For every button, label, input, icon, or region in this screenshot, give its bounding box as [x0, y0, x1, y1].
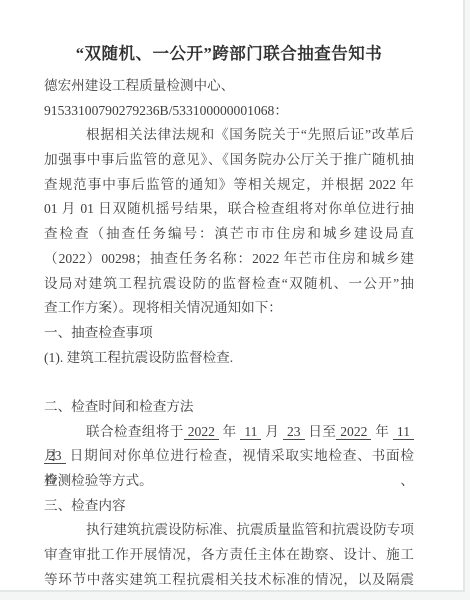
- text-segment: 年: [371, 424, 392, 439]
- underlined-value: 11: [240, 424, 261, 440]
- underlined-value: 23: [283, 424, 305, 440]
- document-body: 德宏州建设工程质量检测中心、91533100790279236B/5331000…: [44, 74, 414, 592]
- document-content: “双随机、一公开”跨部门联合抽查告知书 德宏州建设工程质量检测中心、915331…: [44, 0, 414, 592]
- underlined-value: 2022: [184, 424, 219, 440]
- text-segment: 月: [261, 424, 282, 439]
- text-line: (1). 建筑工程抗震设防监督检查.: [44, 346, 414, 371]
- section-heading: 一、抽查检查事项: [44, 321, 414, 346]
- text-line: 德宏州建设工程质量检测中心、: [44, 74, 414, 99]
- text-line: 加强事中事后监管的意见》、《国务院办公厅关于推广随机抽: [44, 148, 414, 173]
- text-line: 01 月 01 日双随机摇号结果，联合检查组将对你单位进行抽: [44, 197, 414, 222]
- text-line: 等环节中落实建筑工程抗震相关技术标准的情况，以及隔震: [44, 568, 414, 592]
- scan-background: { "page": { "background_color": "#f4f6f6…: [0, 0, 470, 600]
- blank-line: [44, 370, 414, 395]
- text-line: 91533100790279236B/533100000001068：: [44, 99, 414, 124]
- underlined-value: 2022: [336, 424, 371, 440]
- document-page: “双随机、一公开”跨部门联合抽查告知书 德宏州建设工程质量检测中心、915331…: [0, 0, 465, 592]
- text-line: 执行建筑抗震设防标准、抗震质量监管和抗震设防专项: [44, 518, 414, 543]
- underlined-value: 23: [44, 448, 66, 464]
- text-line: 查工作方案）。现将相关情况通知如下：: [44, 296, 414, 321]
- text-line: 联合检查组将于2022 年 11 月 23 日至2022 年 11 月: [44, 420, 414, 445]
- text-line: 查规范事中事后监管的通知》等相关规定，并根据 2022 年: [44, 173, 414, 198]
- section-heading: 二、检查时间和检查方法: [44, 395, 414, 420]
- text-line: （2022）00298；抽查任务名称：2022 年芒市住房和城乡建: [44, 247, 414, 272]
- underlined-value: 11: [393, 424, 414, 440]
- text-line: 设局对建筑工程抗震设防的监督检查“双随机、一公开”抽: [44, 272, 414, 297]
- text-line: 审查审批工作开展情况，各方责任主体在勘察、设计、施工: [44, 543, 414, 568]
- text-segment: 联合检查组将于: [86, 424, 184, 439]
- document-title: “双随机、一公开”跨部门联合抽查告知书: [44, 42, 414, 66]
- text-segment: 年: [219, 424, 240, 439]
- text-line: 查检查（抽查任务编号：滇芒市市住房和城乡建设局直: [44, 222, 414, 247]
- text-segment: 日至: [305, 424, 337, 439]
- text-line: 23 日期间对你单位进行检查，视情采取实地检查、书面检查、: [44, 444, 414, 469]
- text-line: 根据相关法律法规和《国务院关于“先照后证”改革后: [44, 123, 414, 148]
- section-heading: 三、检查内容: [44, 494, 414, 519]
